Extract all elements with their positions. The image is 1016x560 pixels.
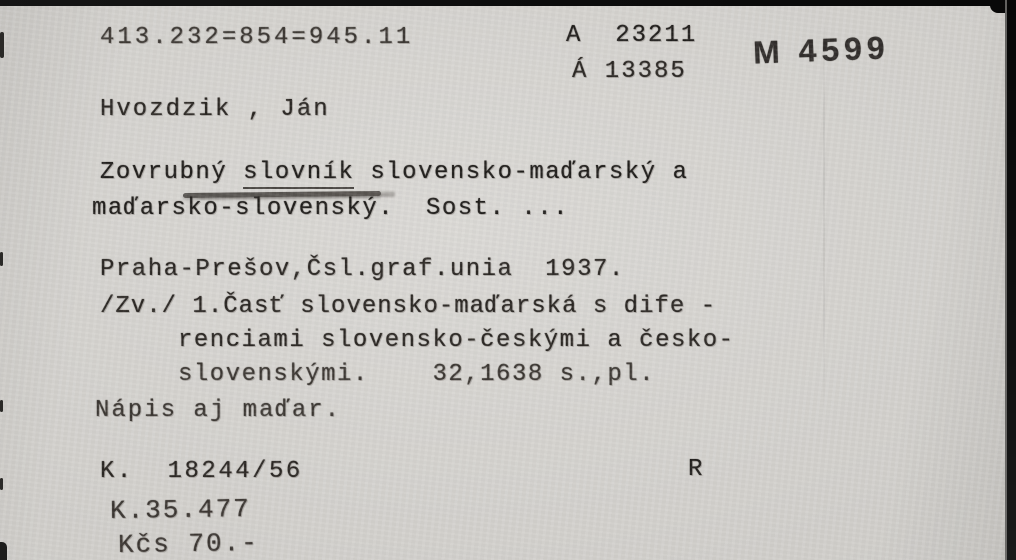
collation-line-3: slovenskými. 32,1638 s.,pl. [178,361,655,388]
paper-crease [823,6,825,426]
author-heading: Hvozdzik , Ján [100,96,330,123]
imprint-line: Praha-Prešov,Čsl.graf.unia 1937. [100,256,625,283]
call-number: 413.232=854=945.11 [100,24,413,51]
scan-edge-right [1005,0,1016,560]
r-mark: R [688,456,704,483]
title-line-2: maďarsko-slovenský. Sost. ... [92,195,569,222]
catalog-card-scan: 413.232=854=945.11 A 23211 Á 13385 M 459… [0,0,1016,560]
inventory-number: K.35.477 [110,494,251,526]
title-post: slovensko-maďarský a [354,159,688,186]
scan-edge-top [0,0,1016,6]
accession-number-2: Á 13385 [572,58,687,85]
price-note: Kčs 70.- [118,528,259,560]
language-note: Nápis aj maďar. [95,397,341,424]
edge-speck [0,478,3,490]
title-line-1: Zovrubný slovník slovensko-maďarský a [100,159,688,186]
accession-number-1: A 23211 [566,22,697,49]
collation-line-2: renciami slovensko-českými a česko- [178,327,735,354]
scan-corner-bottom-left [0,542,7,560]
title-underlined-word: slovník [243,159,354,189]
record-number: K. 18244/56 [100,458,303,485]
edge-speck [0,32,4,58]
collation-line-1: /Zv./ 1.Časť slovensko-maďarská s dife - [100,293,716,320]
edge-speck [0,252,3,266]
edge-speck [0,400,3,412]
library-stamp: M 4599 [752,29,890,71]
title-pre: Zovrubný [100,159,243,186]
catalog-card: 413.232=854=945.11 A 23211 Á 13385 M 459… [0,6,1009,560]
